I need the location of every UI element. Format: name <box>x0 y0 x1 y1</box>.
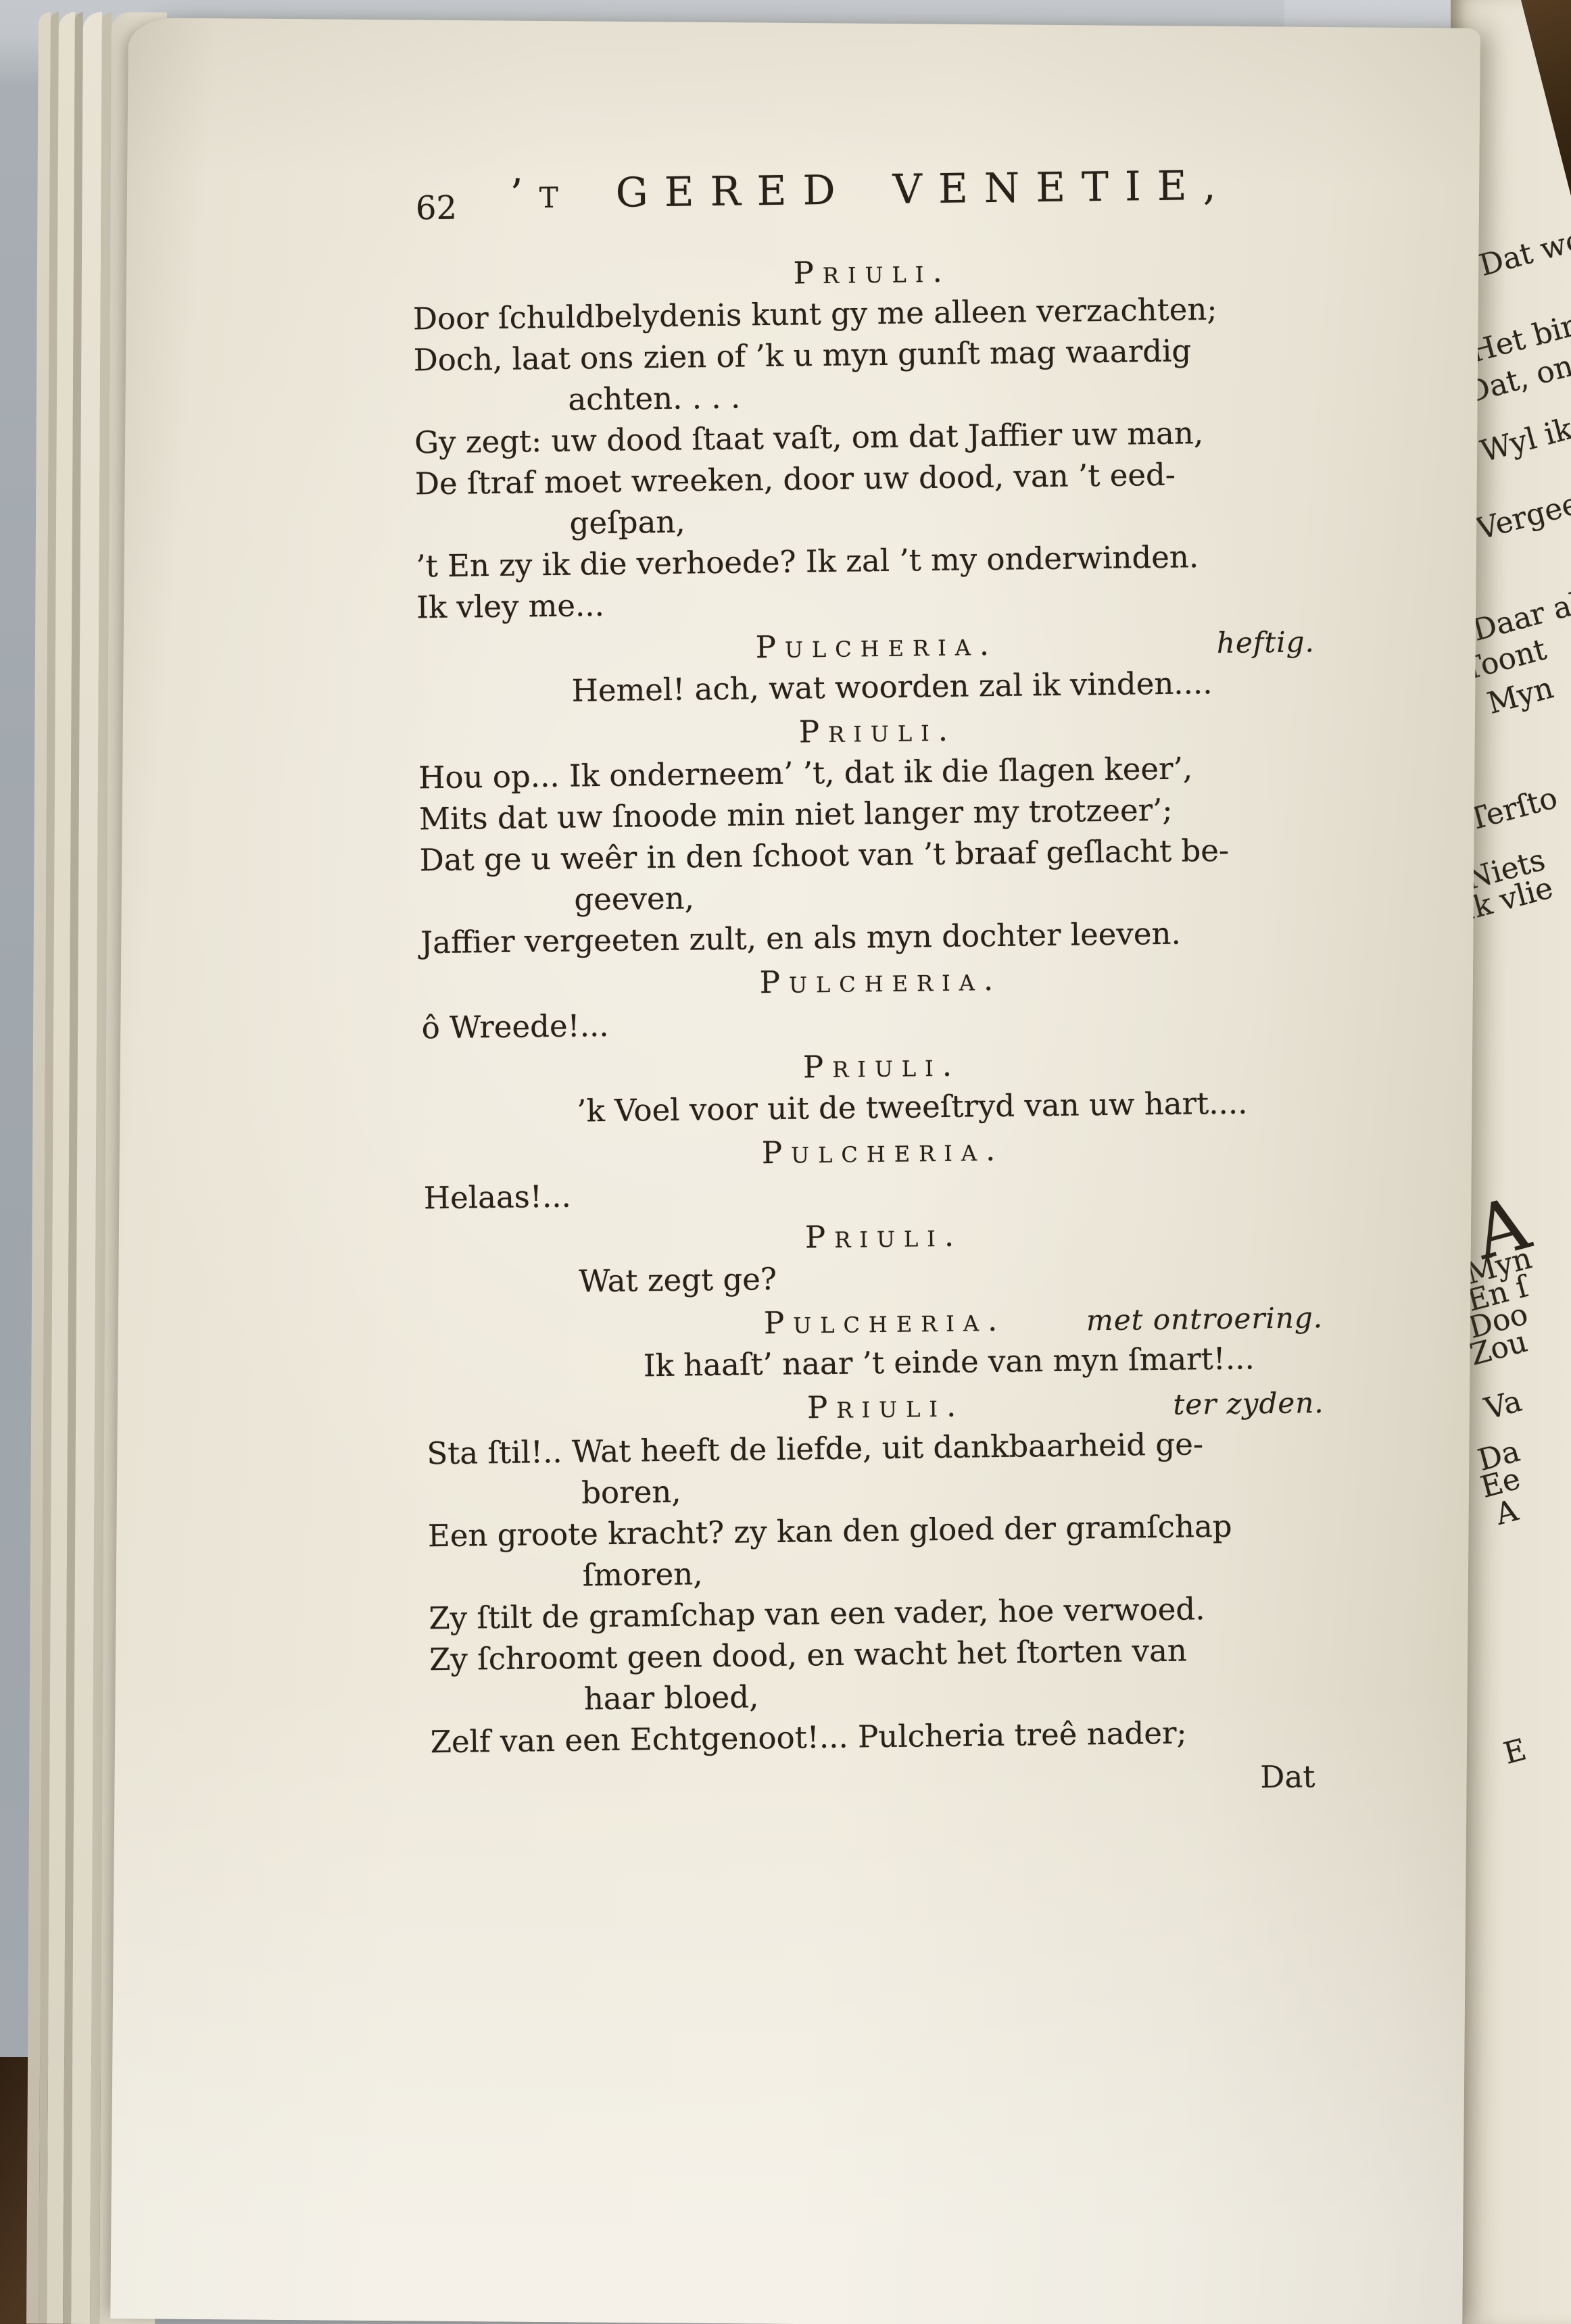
stage-direction: heftig. <box>1216 621 1315 664</box>
page-header: 62 ’t GERED VENETIE, <box>411 161 1331 255</box>
speaker-name: Pulcheria. <box>764 1302 1007 1341</box>
next-page-text-fragment: Dat woo <box>1476 219 1571 282</box>
next-page-text-fragment: Vergeef <box>1474 485 1571 546</box>
next-page-text-fragment: Va <box>1482 1385 1526 1426</box>
catchword: Dat <box>431 1756 1351 1808</box>
speaker-name: Priuli. <box>807 1388 965 1426</box>
next-page-text-fragment: Wyl ik <box>1478 413 1571 468</box>
book-photo-scene: Dat wooHet binnDat, onWyl ikVergeefDaar … <box>0 0 1571 2324</box>
book-page: 62 ’t GERED VENETIE, Priuli.Door ſchuldb… <box>110 18 1480 2324</box>
next-page-text-fragment: E <box>1501 1733 1530 1771</box>
page-text-block: 62 ’t GERED VENETIE, Priuli.Door ſchuldb… <box>411 161 1350 1808</box>
play-text: Priuli.Door ſchuldbelydenis kunt gy me a… <box>412 246 1350 1762</box>
stage-direction: ter zyden. <box>1173 1382 1324 1425</box>
running-title: ’t GERED VENETIE, <box>411 161 1331 220</box>
page-number: 62 <box>416 189 458 228</box>
next-page-text-fragment: Terſto <box>1466 782 1561 837</box>
speaker-name: Pulcheria. <box>755 626 998 665</box>
next-page-text-fragment: A <box>1493 1494 1522 1531</box>
stage-direction: met ontroering. <box>1086 1297 1324 1341</box>
